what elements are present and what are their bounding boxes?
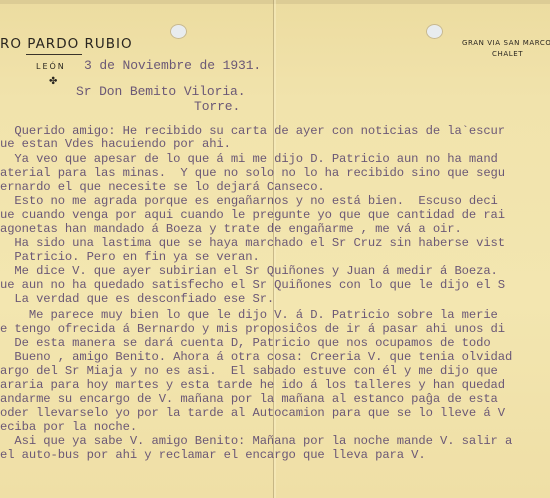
body-line: Esto no me agrada porque es engañarnos y… — [0, 194, 498, 208]
body-line: e tengo ofrecida á Bernardo y mis propos… — [0, 322, 505, 336]
body-line: el auto-bus por ahi y reclamar el encarg… — [0, 448, 426, 462]
body-line: ernardo el que necesite se lo dejará Can… — [0, 180, 325, 194]
body-line: ue estan Vdes hacuiendo por ahi. — [0, 137, 231, 151]
body-line: ue aun no ha quedado satisfecho el Sr Qu… — [0, 278, 505, 292]
body-line: oder llevarselo yo por la tarde al Autoc… — [0, 406, 505, 420]
body-line: agonetas han mandado á Boeza y trate de … — [0, 222, 462, 236]
body-line: Asi que ya sabe V. amigo Benito: Mañana … — [0, 434, 512, 448]
body-line: Querido amigo: He recibido su carta de a… — [0, 124, 505, 138]
punch-hole-left — [170, 24, 187, 39]
body-line: Bueno , amigo Benito. Ahora á otra cosa:… — [0, 350, 512, 364]
body-line: Me parece muy bien lo que le dijo V. á D… — [0, 308, 498, 322]
recipient-location: Torre. — [194, 99, 240, 114]
body-line: Ha sido una lastima que se haya marchado… — [0, 236, 505, 250]
fleuron-icon: ✤ — [49, 76, 57, 87]
letterhead-name: RO PARDO RUBIO — [0, 36, 133, 52]
letterhead-address: GRAN VIA SAN MARCO — [462, 39, 550, 47]
body-line: La verdad que es desconfiado ese Sr. — [0, 292, 274, 306]
body-line: andarme su encargo de V. mañana por la m… — [0, 392, 498, 406]
body-line: ue cuando venga por aqui cuando le pregu… — [0, 208, 505, 222]
letter-date: 3 de Noviembre de 1931. — [84, 58, 261, 73]
punch-hole-right — [426, 24, 443, 39]
letterhead-city: LEÓN — [36, 62, 66, 71]
body-line: eciba por la noche. — [0, 420, 137, 434]
body-line: De esta manera se dará cuenta D, Patrici… — [0, 336, 491, 350]
letterhead-rule — [26, 54, 82, 55]
body-line: aterial para las minas. Y que no solo no… — [0, 166, 505, 180]
body-line: Me dice V. que ayer subirian el Sr Quiño… — [0, 264, 498, 278]
letterhead-address-line2: CHALET — [492, 50, 523, 58]
body-line: argo del Sr Miaja y no es asi. El sabado… — [0, 364, 498, 378]
recipient-name: Sr Don Bemito Viloria. — [76, 84, 245, 99]
body-line: araria para hoy martes y esta tarde he i… — [0, 378, 505, 392]
body-line: Ya veo que apesar de lo que á mi me dijo… — [0, 152, 498, 166]
body-line: Patricio. Pero en fin ya se veran. — [0, 250, 260, 264]
